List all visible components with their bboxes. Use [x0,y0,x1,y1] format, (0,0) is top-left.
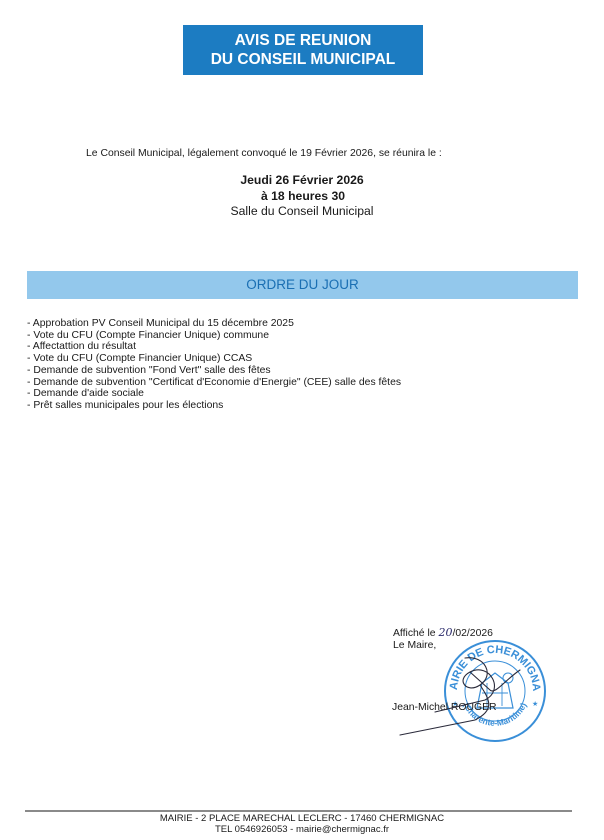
footer-address: MAIRIE - 2 PLACE MARECHAL LECLERC - 1746… [0,813,604,835]
agenda-item: - Demande de subvention "Fond Vert" sall… [27,365,401,377]
meeting-location: Salle du Conseil Municipal [0,204,604,220]
agenda-item: - Vote du CFU (Compte Financier Unique) … [27,330,401,342]
svg-text:★: ★ [532,700,538,708]
meeting-time: à 18 heures 30 [0,189,604,205]
footer-divider [25,810,572,812]
handwritten-signature-icon [395,650,525,740]
footer-address-line: MAIRIE - 2 PLACE MARECHAL LECLERC - 1746… [0,813,604,824]
agenda-item: - Approbation PV Conseil Municipal du 15… [27,318,401,330]
notice-title-box: AVIS DE REUNION DU CONSEIL MUNICIPAL [183,25,423,75]
footer-contact-line: TEL 0546926053 - mairie@chermignac.fr [0,824,604,835]
agenda-item: - Vote du CFU (Compte Financier Unique) … [27,353,401,365]
agenda-heading: ORDRE DU JOUR [27,271,578,299]
agenda-item: - Demande de subvention "Certificat d'Ec… [27,377,401,389]
posted-date: Affiché le 20/02/2026 [393,627,493,640]
agenda-item: - Demande d'aide sociale [27,388,401,400]
meeting-details: Jeudi 26 Février 2026 à 18 heures 30 Sal… [0,173,604,220]
agenda-item: - Affectattion du résultat [27,341,401,353]
signature-block: Affiché le 20/02/2026 Le Maire, [393,627,493,651]
notice-title-line1: AVIS DE REUNION [183,31,423,50]
agenda-list: - Approbation PV Conseil Municipal du 15… [27,318,401,412]
handwritten-day: 20 [438,626,452,639]
agenda-item: - Prêt salles municipales pour les élect… [27,400,401,412]
meeting-date: Jeudi 26 Février 2026 [0,173,604,189]
convocation-intro: Le Conseil Municipal, légalement convoqu… [86,148,442,159]
notice-title-line2: DU CONSEIL MUNICIPAL [183,50,423,69]
